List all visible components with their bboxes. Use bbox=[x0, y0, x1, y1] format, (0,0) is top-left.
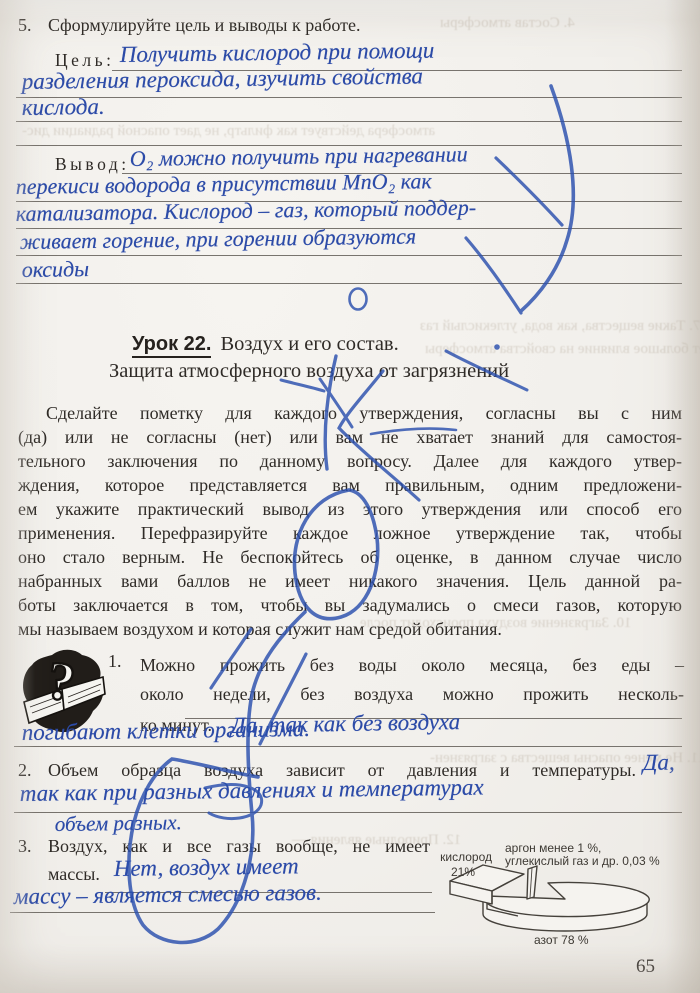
pen-stroke bbox=[466, 238, 521, 313]
task5-number: 5. bbox=[18, 15, 48, 36]
lesson-subtitle: Защита атмосферного воздуха от загрязнен… bbox=[109, 360, 509, 383]
handwritten-goal-line3: кислода. bbox=[22, 94, 105, 121]
handwritten-answer1-line2: погибают клетки организма. bbox=[22, 716, 311, 746]
svg-text:?: ? bbox=[44, 650, 79, 713]
pie-label-argon-line2: углекислый газ и др. 0,03 % bbox=[505, 854, 660, 868]
intro-line: ждения, которое представляется вам прави… bbox=[18, 473, 682, 497]
intro-line: ем укажите практический вывод из этого у… bbox=[18, 497, 682, 521]
handwritten-answer2-line2: так как при разных давлениях и температу… bbox=[20, 775, 484, 807]
intro-line: боты заключается в том, чтобы вы задумал… bbox=[18, 593, 682, 617]
pen-small-o-mark bbox=[350, 289, 367, 310]
pen-stroke bbox=[521, 86, 573, 311]
intro-line: тельного заключения по данному вопросу. … bbox=[18, 449, 682, 473]
pie-label-argon-line1: аргон менее 1 %, bbox=[505, 841, 601, 855]
pen-stroke bbox=[496, 158, 562, 225]
intro-line: набранных вами баллов не имеет никакого … bbox=[18, 569, 682, 593]
handwritten-answer3-line2: массу – является смесью газов. bbox=[14, 880, 322, 910]
pie-label-oxygen: кислород bbox=[434, 850, 492, 864]
task5-header: 5.Сформулируйте цель и выводы к работе. bbox=[18, 15, 361, 36]
handwritten-answer3-inline: Нет, воздух имеет bbox=[114, 853, 299, 882]
handwritten-goal-line2: разделения пероксида, изучить свойства bbox=[22, 63, 424, 95]
item1-line: около недели, без воздуха можно прожить … bbox=[140, 680, 684, 709]
page-number: 65 bbox=[636, 956, 655, 978]
pie-label-nitrogen: азот 78 % bbox=[534, 933, 589, 947]
intro-line: применения. Перефразируйте каждое ложное… bbox=[18, 521, 682, 545]
lesson-number-label: Урок 22. bbox=[132, 333, 211, 358]
handwritten-answer2-line3: объем разных. bbox=[55, 810, 182, 837]
ruled-line bbox=[16, 255, 682, 256]
task5-title: Сформулируйте цель и выводы к работе. bbox=[48, 15, 361, 35]
lesson-title: Воздух и его состав. bbox=[220, 333, 398, 355]
bleedthrough-text: 4. Состав атмосферы bbox=[440, 15, 575, 32]
workbook-page: 4. Состав атмосферы атмосфера действует … bbox=[0, 0, 700, 993]
handwritten-conclusion-line5: оксиды bbox=[22, 256, 90, 283]
bleedthrough-text: до, оказывает большое влияние на свойств… bbox=[425, 341, 700, 358]
intro-line: Сделайте пометку для каждого утверждения… bbox=[18, 401, 682, 425]
item3-number: 3. bbox=[18, 836, 32, 857]
handwritten-conclusion-line3: катализатора. Кислород – газ, который по… bbox=[16, 195, 477, 227]
handwritten-answer2-inline: Да, bbox=[643, 750, 675, 776]
ruled-line bbox=[16, 97, 682, 98]
item1-number: 1. bbox=[108, 651, 122, 672]
bleedthrough-text: 7. Такие вещества, как вода, углекислый … bbox=[420, 318, 700, 335]
pie-label-oxygen-pct: 21% bbox=[446, 865, 480, 879]
bleedthrough-text: атмосфера действует как фильтр, не дает … bbox=[22, 123, 435, 140]
intro-paragraph: Сделайте пометку для каждого утверждения… bbox=[18, 401, 682, 641]
intro-line: мы называем воздухом и которая служит на… bbox=[18, 617, 682, 641]
item1-line: Можно прожить без воды около месяца, без… bbox=[140, 651, 684, 680]
ruled-line bbox=[16, 121, 682, 122]
handwritten-conclusion-line4: живает горение, при горении образуются bbox=[20, 223, 417, 255]
ruled-line bbox=[16, 283, 682, 284]
lesson-heading: Урок 22.Воздух и его состав. bbox=[132, 333, 399, 356]
ruled-line bbox=[14, 746, 682, 747]
pie-nitrogen-top bbox=[485, 883, 649, 917]
item2-number: 2. bbox=[18, 760, 32, 781]
ruled-line bbox=[10, 912, 435, 913]
item3-line2: массы. bbox=[48, 864, 100, 885]
intro-line: (да) или не согласны (нет) или вам не хв… bbox=[18, 425, 682, 449]
intro-line: оно стало верным. Не беспокойтесь об оце… bbox=[18, 545, 682, 569]
